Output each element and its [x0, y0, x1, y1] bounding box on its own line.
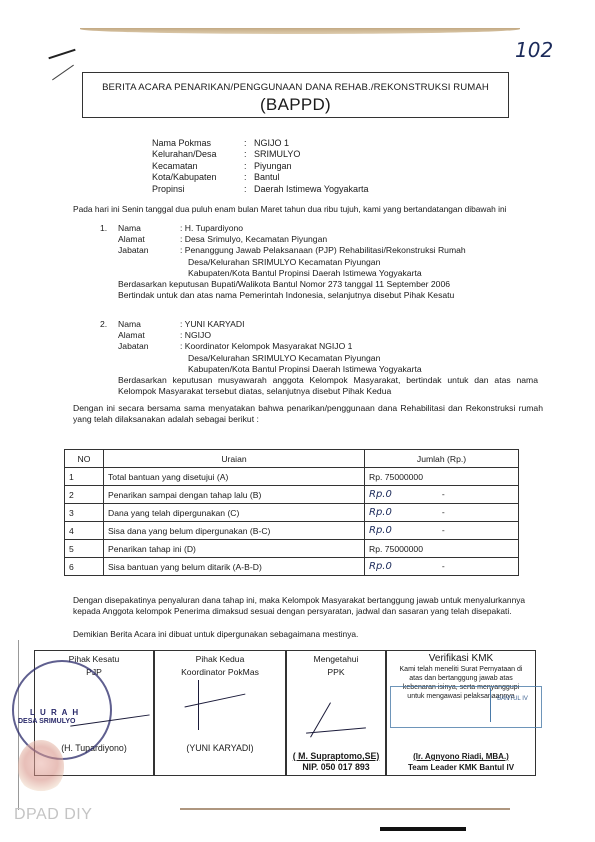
- column-header-no: NO: [65, 450, 104, 468]
- field-label: Jabatan: [118, 245, 180, 256]
- signature-heading: Mengetahui: [287, 654, 385, 664]
- table-row: 6 Sisa bantuan yang belum ditarik (A-B-D…: [65, 558, 519, 576]
- signature-box-pihak-kedua: Pihak Kedua Koordinator PokMas (YUNI KAR…: [154, 650, 286, 776]
- signatory-role: Team Leader KMK Bantul IV: [387, 763, 535, 772]
- verification-stamp-side: BANTUL IV: [490, 688, 534, 722]
- identity-label: Kelurahan/Desa: [152, 149, 244, 160]
- scan-artifact-bar: [380, 827, 466, 831]
- identity-row: Nama Pokmas:NGIJO 1: [152, 138, 369, 149]
- signature-heading: Pihak Kedua: [155, 654, 285, 664]
- table-row: 3 Dana yang telah dipergunakan (C) Rp.0-: [65, 504, 519, 522]
- field-value-continued: Kabupaten/Kota Bantul Propinsi Daerah Is…: [100, 364, 540, 375]
- colon: :: [244, 138, 254, 149]
- document-subtitle: (BAPPD): [83, 95, 508, 115]
- signature-role: Koordinator PokMas: [155, 667, 285, 677]
- identity-row: Kota/Kabupaten:Bantul: [152, 172, 369, 183]
- document-title-box: BERITA ACARA PENARIKAN/PENGGUNAAN DANA R…: [82, 72, 509, 118]
- emblem-watermark: [18, 740, 64, 792]
- row-number: 3: [65, 504, 104, 522]
- field-value-continued: Kabupaten/Kota Bantul Propinsi Daerah Is…: [100, 268, 540, 279]
- identity-label: Kecamatan: [152, 161, 244, 172]
- signature-scribble: [198, 680, 199, 730]
- colon: :: [244, 184, 254, 195]
- identity-value: Daerah Istimewa Yogyakarta: [254, 184, 369, 195]
- field-value-continued: Desa/Kelurahan SRIMULYO Kecamatan Piyung…: [100, 353, 540, 364]
- party-number: 2.: [100, 319, 118, 330]
- row-amount-cell: Rp.0-: [365, 522, 519, 540]
- handwritten-mark: [48, 49, 75, 60]
- identity-value: NGIJO 1: [254, 138, 289, 149]
- row-description: Total bantuan yang disetujui (A): [104, 468, 365, 486]
- field-value: : Koordinator Kelompok Masyarakat NGIJO …: [180, 341, 352, 352]
- table-row: 4 Sisa dana yang belum dipergunakan (B-C…: [65, 522, 519, 540]
- identity-value: Bantul: [254, 172, 280, 183]
- scan-page-edge: [80, 28, 520, 34]
- field-value: : NGIJO: [180, 330, 211, 341]
- stamp-text: L U R A H: [30, 708, 80, 717]
- row-number: 5: [65, 540, 104, 558]
- signatory-nip: NIP. 050 017 893: [287, 762, 385, 772]
- row-number: 2: [65, 486, 104, 504]
- column-header-jumlah: Jumlah (Rp.): [365, 450, 519, 468]
- row-description: Penarikan sampai dengan tahap lalu (B): [104, 486, 365, 504]
- identity-row: Kelurahan/Desa:SRIMULYO: [152, 149, 369, 160]
- field-label: Nama: [118, 319, 180, 330]
- field-label: Alamat: [118, 330, 180, 341]
- party-two-block: 2.Nama: YUNI KARYADI Alamat: NGIJO Jabat…: [100, 319, 540, 397]
- identity-label: Kota/Kabupaten: [152, 172, 244, 183]
- identity-value: SRIMULYO: [254, 149, 300, 160]
- scan-page-edge: [180, 808, 510, 810]
- signature-role: PPK: [287, 667, 385, 677]
- table-row: 2 Penarikan sampai dengan tahap lalu (B)…: [65, 486, 519, 504]
- field-value: : Desa Srimulyo, Kecamatan Piyungan: [180, 234, 327, 245]
- opening-paragraph: Pada hari ini Senin tanggal dua puluh en…: [73, 204, 533, 215]
- row-description: Sisa dana yang belum dipergunakan (B-C): [104, 522, 365, 540]
- legal-basis: Berdasarkan keputusan musyawarah anggota…: [100, 375, 538, 397]
- fund-table: NO Uraian Jumlah (Rp.) 1 Total bantuan y…: [64, 449, 519, 576]
- field-value: : H. Tupardiyono: [180, 223, 243, 234]
- signature-heading: Verifikasi KMK: [387, 654, 535, 664]
- row-amount-handwritten: Rp.0: [369, 525, 392, 536]
- field-label: Alamat: [118, 234, 180, 245]
- party-one-block: 1.Nama: H. Tupardiyono Alamat: Desa Srim…: [100, 223, 540, 301]
- dash: -: [442, 561, 445, 571]
- document-title: BERITA ACARA PENARIKAN/PENGGUNAAN DANA R…: [83, 82, 508, 93]
- row-description: Sisa bantuan yang belum ditarik (A-B-D): [104, 558, 365, 576]
- colon: :: [244, 161, 254, 172]
- identity-block: Nama Pokmas:NGIJO 1 Kelurahan/Desa:SRIMU…: [152, 138, 369, 195]
- party-number: 1.: [100, 223, 118, 234]
- row-amount-handwritten: Rp.0: [369, 507, 392, 518]
- row-amount: Rp. 75000000: [365, 468, 519, 486]
- colon: :: [244, 172, 254, 183]
- statement-paragraph: Dengan ini secara bersama sama menyataka…: [73, 403, 543, 425]
- field-label: Jabatan: [118, 341, 180, 352]
- legal-basis: Berdasarkan keputusan Bupati/Walikota Ba…: [100, 279, 540, 290]
- field-value-continued: Desa/Kelurahan SRIMULYO Kecamatan Piyung…: [100, 257, 540, 268]
- field-value: : YUNI KARYADI: [180, 319, 244, 330]
- row-description: Penarikan tahap ini (D): [104, 540, 365, 558]
- signature-box-mengetahui: Mengetahui PPK ( M. Supraptomo,SE) NIP. …: [286, 650, 386, 776]
- row-amount-handwritten: Rp.0: [369, 561, 392, 572]
- identity-row: Kecamatan:Piyungan: [152, 161, 369, 172]
- row-amount-cell: Rp.0-: [365, 558, 519, 576]
- row-amount: Rp. 75000000: [365, 540, 519, 558]
- row-amount-cell: Rp.0-: [365, 486, 519, 504]
- field-label: Nama: [118, 223, 180, 234]
- table-row: 1 Total bantuan yang disetujui (A) Rp. 7…: [65, 468, 519, 486]
- row-amount-handwritten: Rp.0: [369, 489, 392, 500]
- stamp-text: DESA SRIMULYO: [18, 718, 75, 725]
- colon: :: [244, 149, 254, 160]
- dash: -: [442, 507, 445, 517]
- signatory-name: (YUNI KARYADI): [155, 743, 285, 753]
- dash: -: [442, 525, 445, 535]
- signatory-name: ( M. Supraptomo,SE): [287, 751, 385, 761]
- table-header-row: NO Uraian Jumlah (Rp.): [65, 450, 519, 468]
- field-value: : Penanggung Jawab Pelaksanaan (PJP) Reh…: [180, 245, 466, 256]
- handwritten-page-number: 102: [515, 38, 553, 62]
- watermark: DPAD DIY: [14, 806, 92, 824]
- row-description: Dana yang telah dipergunakan (C): [104, 504, 365, 522]
- row-number: 6: [65, 558, 104, 576]
- identity-label: Propinsi: [152, 184, 244, 195]
- table-row: 5 Penarikan tahap ini (D) Rp. 75000000: [65, 540, 519, 558]
- closing-paragraph: Dengan disepakatinya penyaluran dana tah…: [73, 595, 543, 617]
- row-number: 4: [65, 522, 104, 540]
- identity-label: Nama Pokmas: [152, 138, 244, 149]
- identity-row: Propinsi:Daerah Istimewa Yogyakarta: [152, 184, 369, 195]
- signatory-name: (Ir. Agnyono Riadi, MBA.): [387, 752, 535, 761]
- dash: -: [442, 489, 445, 499]
- identity-value: Piyungan: [254, 161, 292, 172]
- row-amount-cell: Rp.0-: [365, 504, 519, 522]
- column-header-uraian: Uraian: [104, 450, 365, 468]
- acting-statement: Bertindak untuk dan atas nama Pemerintah…: [100, 290, 540, 301]
- row-number: 1: [65, 468, 104, 486]
- closing-statement: Demikian Berita Acara ini dibuat untuk d…: [73, 629, 543, 640]
- handwritten-mark: [52, 65, 74, 81]
